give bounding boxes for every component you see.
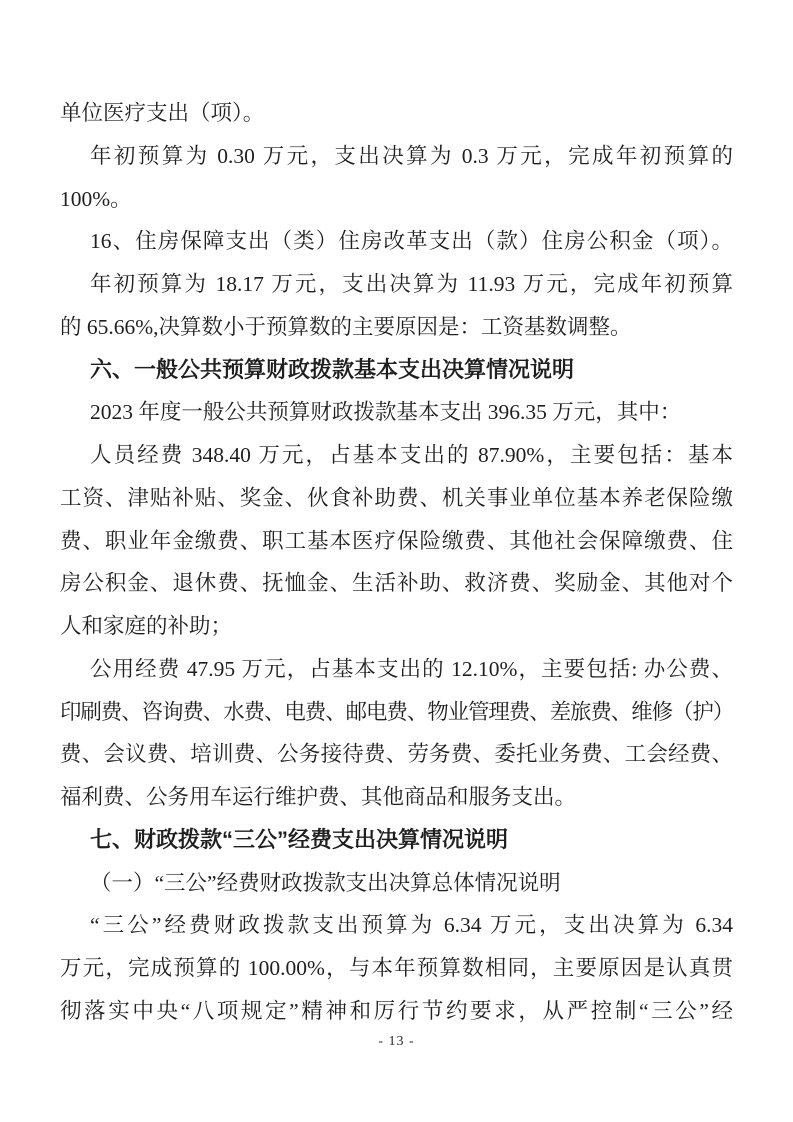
page-number: - 13 - <box>0 1034 793 1050</box>
body-line: 费、会议费、培训费、公务接待费、劳务费、委托业务费、工会经费、 <box>60 733 733 776</box>
heading-section-7: 七、财政拨款“三公”经费支出决算情况说明 <box>60 819 733 862</box>
body-line: 房公积金、退休费、抚恤金、生活补助、救济费、奖励金、其他对个 <box>60 562 733 605</box>
body-line: 福利费、公务用车运行维护费、其他商品和服务支出。 <box>60 776 733 819</box>
body-line: 人和家庭的补助； <box>60 605 733 648</box>
body-line: “三公”经费财政拨款支出预算为 6.34 万元，支出决算为 6.34 <box>60 904 733 947</box>
body-line: 费、职业年金缴费、职工基本医疗保险缴费、其他社会保障缴费、住 <box>60 520 733 563</box>
body-line: 人员经费 348.40 万元，占基本支出的 87.90%，主要包括：基本 <box>60 434 733 477</box>
body-line: 单位医疗支出（项）。 <box>60 92 733 135</box>
body-line: （一）“三公”经费财政拨款支出决算总体情况说明 <box>60 862 733 905</box>
document-page: 单位医疗支出（项）。 年初预算为 0.30 万元，支出决算为 0.3 万元，完成… <box>0 0 793 1122</box>
body-line: 16、住房保障支出（类）住房改革支出（款）住房公积金（项）。 <box>60 220 733 263</box>
body-line: 万元，完成预算的 100.00%，与本年预算数相同，主要原因是认真贯 <box>60 947 733 990</box>
body-line: 年初预算为 18.17 万元，支出决算为 11.93 万元，完成年初预算 <box>60 263 733 306</box>
body-line: 公用经费 47.95 万元，占基本支出的 12.10%，主要包括: 办公费、 <box>60 648 733 691</box>
body-line: 的 65.66%,决算数小于预算数的主要原因是：工资基数调整。 <box>60 306 733 349</box>
body-line: 工资、津贴补贴、奖金、伙食补助费、机关事业单位基本养老保险缴 <box>60 477 733 520</box>
body-line: 2023 年度一般公共预算财政拨款基本支出 396.35 万元，其中： <box>60 391 733 434</box>
document-body: 单位医疗支出（项）。 年初预算为 0.30 万元，支出决算为 0.3 万元，完成… <box>60 92 733 1033</box>
heading-section-6: 六、一般公共预算财政拨款基本支出决算情况说明 <box>60 349 733 392</box>
body-line: 年初预算为 0.30 万元，支出决算为 0.3 万元，完成年初预算的 <box>60 135 733 178</box>
body-line: 彻落实中央“八项规定”精神和厉行节约要求，从严控制“三公”经 <box>60 990 733 1033</box>
body-line: 100%。 <box>60 178 733 221</box>
body-line: 印刷费、咨询费、水费、电费、邮电费、物业管理费、差旅费、维修（护） <box>60 691 733 734</box>
